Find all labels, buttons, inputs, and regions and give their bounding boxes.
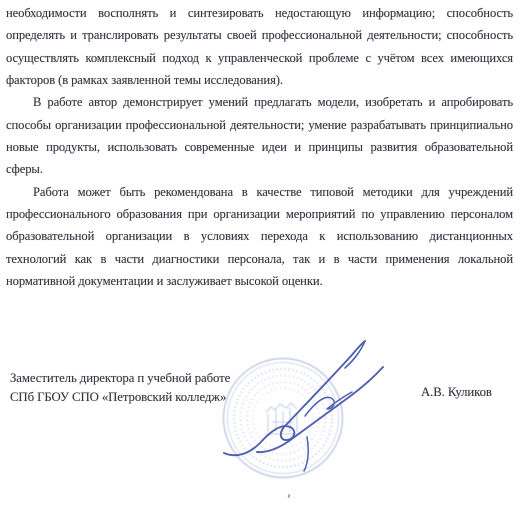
signatory-position-line1: Заместитель директора п учебной работе	[10, 369, 230, 388]
text-line: технологий как в части диагностики персо…	[6, 248, 513, 270]
text-line: определять и транслировать результаты св…	[6, 24, 513, 46]
text-line: Работа может быть рекомендована в качест…	[6, 181, 513, 203]
scan-artifact-speck	[288, 494, 291, 498]
round-stamp-icon	[224, 359, 343, 478]
signature-block: Заместитель директора п учебной работе С…	[10, 369, 230, 406]
text-line: В работе автор демонстрирует умений пред…	[6, 91, 513, 113]
text-line: сферы.	[6, 158, 513, 180]
text-line: осуществлять комплексный подход к управл…	[6, 47, 513, 69]
text-line: новые продукты, использовать современные…	[6, 136, 513, 158]
scanned-document-page: необходимости восполнять и синтезировать…	[0, 0, 520, 521]
text-line: способы организации профессиональной дея…	[6, 114, 513, 136]
text-line: нормативной документации и заслуживает в…	[6, 270, 513, 292]
text-line: факторов (в рамках заявленной темы иссле…	[6, 69, 513, 91]
text-line: профессионального образования при органи…	[6, 203, 513, 225]
stamp-emblem-icon	[265, 403, 301, 434]
text-line: необходимости восполнять и синтезировать…	[6, 2, 513, 24]
handwritten-signature-icon	[224, 341, 383, 471]
signatory-position-line2: СПб ГБОУ СПО «Петровский колледж»	[10, 388, 230, 407]
signatory-name: А.В. Куликов	[421, 385, 492, 400]
document-text: необходимости восполнять и синтезировать…	[6, 2, 513, 292]
text-line: образовательной организации в условиях п…	[6, 225, 513, 247]
